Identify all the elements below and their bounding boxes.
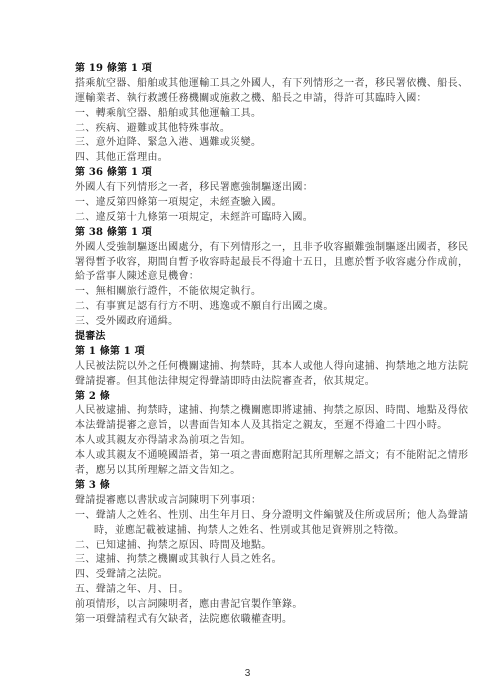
page-number: 3: [0, 668, 495, 679]
text-line: 第一項聲請程式有欠缺者，法院應依職權查明。: [75, 613, 427, 628]
text-line: 運輸業者、執行救護任務機關或施救之機、船長之申請，得許可其臨時入國：: [75, 92, 427, 107]
section-article-19: 第 19 條第 1 項 搭乘航空器、船舶或其他運輸工具之外國人，有下列情形之一者…: [75, 62, 427, 166]
list-item: 三、受外國政府通緝。: [75, 315, 427, 330]
list-item: 一、無相關旅行證件，不能依規定執行。: [75, 285, 427, 300]
list-item: 二、有事實足認有行方不明、逃逸或不願自行出國之虞。: [75, 300, 427, 315]
section-article-2: 第 2 條 人民被逮捕、拘禁時，逮捕、拘禁之機關應即將逮捕、拘禁之原因、時間、地…: [75, 390, 427, 479]
list-item: 一、違反第四條第一項規定，未經查驗入國。: [75, 196, 427, 211]
list-item: 二、已知逮捕、拘禁之原因、時間及地點。: [75, 539, 427, 554]
section-heading: 第 1 條第 1 項: [75, 345, 427, 360]
text-line: 聲請提審應以書狀或言詞陳明下列事項：: [75, 494, 427, 509]
section-article-36: 第 36 條第 1 項 外國人有下列情形之一者，移民署應強制驅逐出國： 一、違反…: [75, 166, 427, 226]
text-line: 外國人有下列情形之一者，移民署應強制驅逐出國：: [75, 181, 427, 196]
document-page: 第 19 條第 1 項 搭乘航空器、船舶或其他運輸工具之外國人，有下列情形之一者…: [75, 62, 427, 628]
list-item: 二、疾病、避難或其他特殊事故。: [75, 122, 427, 137]
section-heading: 第 3 條: [75, 479, 427, 494]
text-line: 人民被逮捕、拘禁時，逮捕、拘禁之機關應即將逮捕、拘禁之原因、時間、地點及得依: [75, 404, 427, 419]
list-item: 五、聲請之年、月、日。: [75, 583, 427, 598]
text-line: 署得暫予收容，期間自暫予收容時起最長不得逾十五日，且應於暫予收容處分作成前，: [75, 256, 427, 271]
text-line: 本人或其親友亦得請求為前項之告知。: [75, 434, 427, 449]
law-title-heading: 提審法: [75, 330, 427, 345]
list-item: 二、違反第十九條第一項規定，未經許可臨時入國。: [75, 211, 427, 226]
list-item: 四、其他正當理由。: [75, 151, 427, 166]
text-line: 前項情形，以言詞陳明者，應由書記官製作筆錄。: [75, 598, 427, 613]
text-line: 外國人受強制驅逐出國處分，有下列情形之一，且非予收容顯難強制驅逐出國者，移民: [75, 241, 427, 256]
section-heading: 第 36 條第 1 項: [75, 166, 427, 181]
section-article-3: 第 3 條 聲請提審應以書狀或言詞陳明下列事項： 一、聲請人之姓名、性別、出生年…: [75, 479, 427, 628]
section-heading: 第 38 條第 1 項: [75, 226, 427, 241]
text-line: 者，應另以其所理解之語文告知之。: [75, 464, 427, 479]
text-line: 本法聲請提審之意旨，以書面告知本人及其指定之親友，至遲不得逾二十四小時。: [75, 419, 427, 434]
list-item: 三、逮捕、拘禁之機關或其執行人員之姓名。: [75, 553, 427, 568]
section-heading: 第 2 條: [75, 390, 427, 405]
section-article-38: 第 38 條第 1 項 外國人受強制驅逐出國處分，有下列情形之一，且非予收容顯難…: [75, 226, 427, 330]
list-item: 一、聲請人之姓名、性別、出生年月日、身分證明文件編號及住所或居所；他人為聲請: [75, 509, 427, 524]
text-line: 搭乘航空器、船舶或其他運輸工具之外國人，有下列情形之一者，移民署依機、船長、: [75, 77, 427, 92]
section-habeas-corpus-act: 提審法: [75, 330, 427, 345]
section-heading: 第 19 條第 1 項: [75, 62, 427, 77]
list-item-continuation: 時，並應記載被逮捕、拘禁人之姓名、性別或其他足資辨別之特徵。: [75, 524, 427, 539]
list-item: 三、意外迫降、緊急入港、遇難或災變。: [75, 136, 427, 151]
list-item: 四、受聲請之法院。: [75, 568, 427, 583]
text-line: 本人或其親友不通曉國語者，第一項之書面應附記其所理解之語文；有不能附記之情形: [75, 449, 427, 464]
text-line: 聲請提審。但其他法律規定得聲請即時由法院審查者，依其規定。: [75, 375, 427, 390]
section-article-1: 第 1 條第 1 項 人民被法院以外之任何機關逮捕、拘禁時，其本人或他人得向逮捕…: [75, 345, 427, 390]
text-line: 人民被法院以外之任何機關逮捕、拘禁時，其本人或他人得向逮捕、拘禁地之地方法院: [75, 360, 427, 375]
text-line: 給予當事人陳述意見機會：: [75, 270, 427, 285]
list-item: 一、轉乘航空器、船舶或其他運輸工具。: [75, 107, 427, 122]
